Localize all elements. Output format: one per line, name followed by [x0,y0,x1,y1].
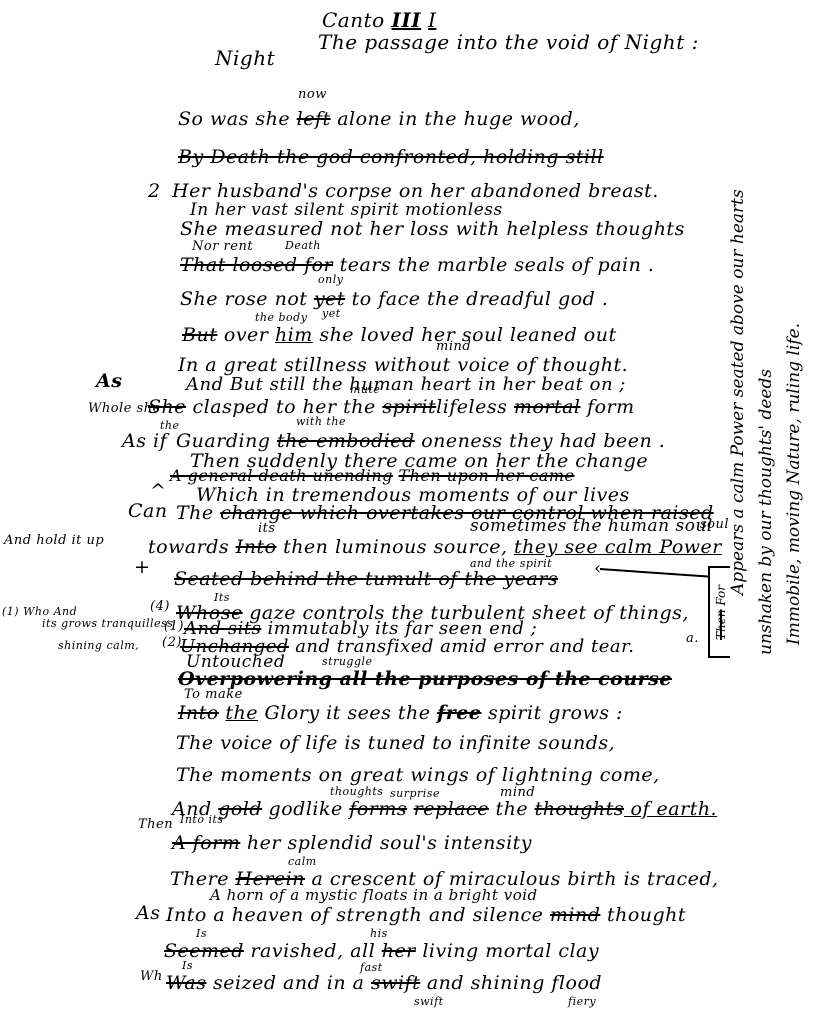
margin-note: As if [122,432,167,451]
struck-text: Into [236,536,277,558]
insertion-below: swift [414,996,444,1007]
manuscript-page: Canto III I Night The passage into the v… [0,0,821,1033]
marker: (2) [162,636,182,649]
margin-note: (1) Who And [2,606,77,617]
text: She rose not [180,288,314,310]
struck-text: swift [371,972,420,994]
struck-text: A form [172,832,240,854]
text: towards [148,536,236,558]
text: living mortal clay [416,940,599,962]
verse-line-14: A general death unending Then upon her c… [170,468,575,484]
insertion-above: mute [350,384,380,395]
text: is traced, [624,868,719,890]
insertion-above: Is [196,928,207,939]
verse-line-24: Into the Glory it sees the free spirit g… [178,704,623,723]
struck-text: She [148,396,186,418]
text: then luminous source, [277,536,515,558]
canto-number-struck: III [392,8,422,32]
text: Guarding [176,430,277,452]
verse-line-9: In a great stillness without voice of th… [178,356,628,375]
verse-line-8: But over him she loved her soul leaned o… [182,326,617,345]
insertion-above: To make [184,688,243,701]
verse-line-25: The voice of life is tuned to infinite s… [176,734,615,753]
text: Into a heaven of strength and silence [166,904,550,926]
insertion-arrow-line [600,568,710,578]
struck-text: A general death unending [170,466,393,485]
struck-text: mortal [514,396,581,418]
margin-note: Then [138,818,173,831]
insertion-above: calm [288,856,317,867]
insertion-above: Nor rent [192,240,253,253]
text: Glory it sees the [258,702,437,724]
canto-number: I [428,8,436,32]
arrow-left-icon: ‹ [594,558,601,579]
verse-line-26: The moments on great wings of lightning … [176,766,660,785]
text: lifeless [436,396,514,418]
text: godlike [262,798,349,820]
canto-heading: Canto III I [322,10,436,30]
verse-line-12: Guarding the embodied oneness they had b… [176,432,665,451]
struck-text: Seemed [164,940,244,962]
struck-text: him [275,324,313,346]
margin-end-mark: a. [686,632,699,645]
margin-plus: + [134,558,150,577]
text: and transfixed amid error and tear. [289,636,635,657]
bracket-label: Then For [714,585,728,640]
margin-note: Can [128,502,168,521]
struck-text: That loosed for [180,254,333,276]
insertion-above: thoughts [330,786,383,797]
insertion-above: now [298,88,327,101]
struck-text: spirit [382,396,436,418]
text: her splendid soul's intensity [240,832,532,854]
text: over [217,324,275,346]
text: and shining flood [420,972,602,994]
margin-note: Wh [140,970,163,983]
verse-line-5: She measured not her loss with helpless … [180,220,685,239]
verse-line-6: That loosed for tears the marble seals o… [180,256,654,275]
underlined-text: the [225,702,258,724]
verse-line-32: Was seized and in a swift and shining fl… [166,974,602,993]
text: of earth. [624,798,717,820]
struck-text: Was [166,972,206,994]
text: the [489,798,535,820]
insertion-above: A horn of a mystic floats in a bright vo… [210,888,538,903]
verse-line-31: Seemed ravished, all her living mortal c… [164,942,599,961]
insertion-above: only [318,274,343,285]
struck-text: replace [414,798,489,820]
verse-line-11: She clasped to her the spiritlifeless mo… [148,398,635,417]
verse-line-18-struck: Seated behind the tumult of the years [174,570,558,589]
insertion-above: Is [182,960,193,971]
right-margin-line-2: unshaken by our thoughts' deeds [756,369,776,655]
insertion-above: mind [436,340,471,353]
verse-line-27: And gold godlike forms replace the thoug… [172,800,717,819]
struck-text: thoughts [535,798,624,820]
right-margin-line-1: Appears a calm Power seated above our he… [728,189,748,595]
verse-line-2-struck: By Death the god confronted, holding sti… [178,148,604,167]
header-margin-word: Night [215,48,275,68]
text: So was she [178,108,297,130]
insertion-below: struggle [322,656,373,667]
text: alone in the huge wood, [331,108,580,130]
caret-mark: ^ [150,482,166,501]
text: ravished, all [244,940,382,962]
margin-note: shining calm, [58,640,139,651]
struck-text: they see calm Power [514,536,722,558]
insertion-above: its [258,522,276,535]
margin-note: And hold it up [4,534,104,547]
struck-text: forms [349,798,407,820]
verse-line-28: A form her splendid soul's intensity [172,834,532,853]
margin-note: As [96,372,122,391]
verse-line-4: In her vast silent spirit motionless [190,202,503,219]
struck-text: Then [714,609,728,640]
insertion-above: his [370,928,388,939]
insertion-above: Into its [180,814,224,825]
struck-text: mind [550,904,601,926]
struck-text: Into [178,702,219,724]
text: seized and in a [206,972,371,994]
text: form [581,396,635,418]
text: thought [600,904,686,926]
marker: (1) [164,620,184,633]
margin-number: 2 [148,182,161,201]
text: tears the marble seals of pain . [333,254,654,276]
insertion-above: sometimes the human soul [470,518,713,535]
verse-line-30: Into a heaven of strength and silence mi… [166,906,686,925]
insertion-above: Death [285,240,321,251]
struck-text: But [182,324,217,346]
text: The [176,502,220,524]
text: to face the dreadful god . [345,288,608,310]
text: oneness they had been . [415,430,666,452]
verse-line-3: Her husband's corpse on her abandoned br… [172,182,659,201]
insertion-below: fiery [568,996,596,1007]
subtitle: The passage into the void of Night : [318,32,699,52]
canto-label: Canto [322,8,385,32]
struck-text: free [437,702,481,724]
text: clasped to her the [186,396,382,418]
struck-text: her [382,940,416,962]
marker: (4) [150,600,170,613]
struck-text: the embodied [277,430,415,452]
verse-line-23-struck: Overpowering all the purposes of the cou… [178,670,672,689]
struck-text: left [297,108,331,130]
verse-line-10: And But still the human heart in her bea… [186,376,626,394]
verse-line-17: towards Into then luminous source, they … [148,538,722,557]
struck-text: gold [218,798,262,820]
insertion-above: the body [255,312,307,323]
verse-line-1: So was she left alone in the huge wood, [178,110,580,129]
text: spirit grows : [481,702,623,724]
insertion-above: with the [296,416,346,427]
right-margin-line-3: Immobile, moving Nature, ruling life. [784,323,804,645]
struck-text: Then upon her came [398,466,574,485]
verse-line-7: She rose not yet to face the dreadful go… [180,290,608,309]
insertion-below: yet [322,308,341,319]
margin-tag: soul [700,518,729,531]
margin-note: As [136,904,160,923]
text: For [714,585,728,606]
margin-note: its grows tranquilless [42,618,173,629]
